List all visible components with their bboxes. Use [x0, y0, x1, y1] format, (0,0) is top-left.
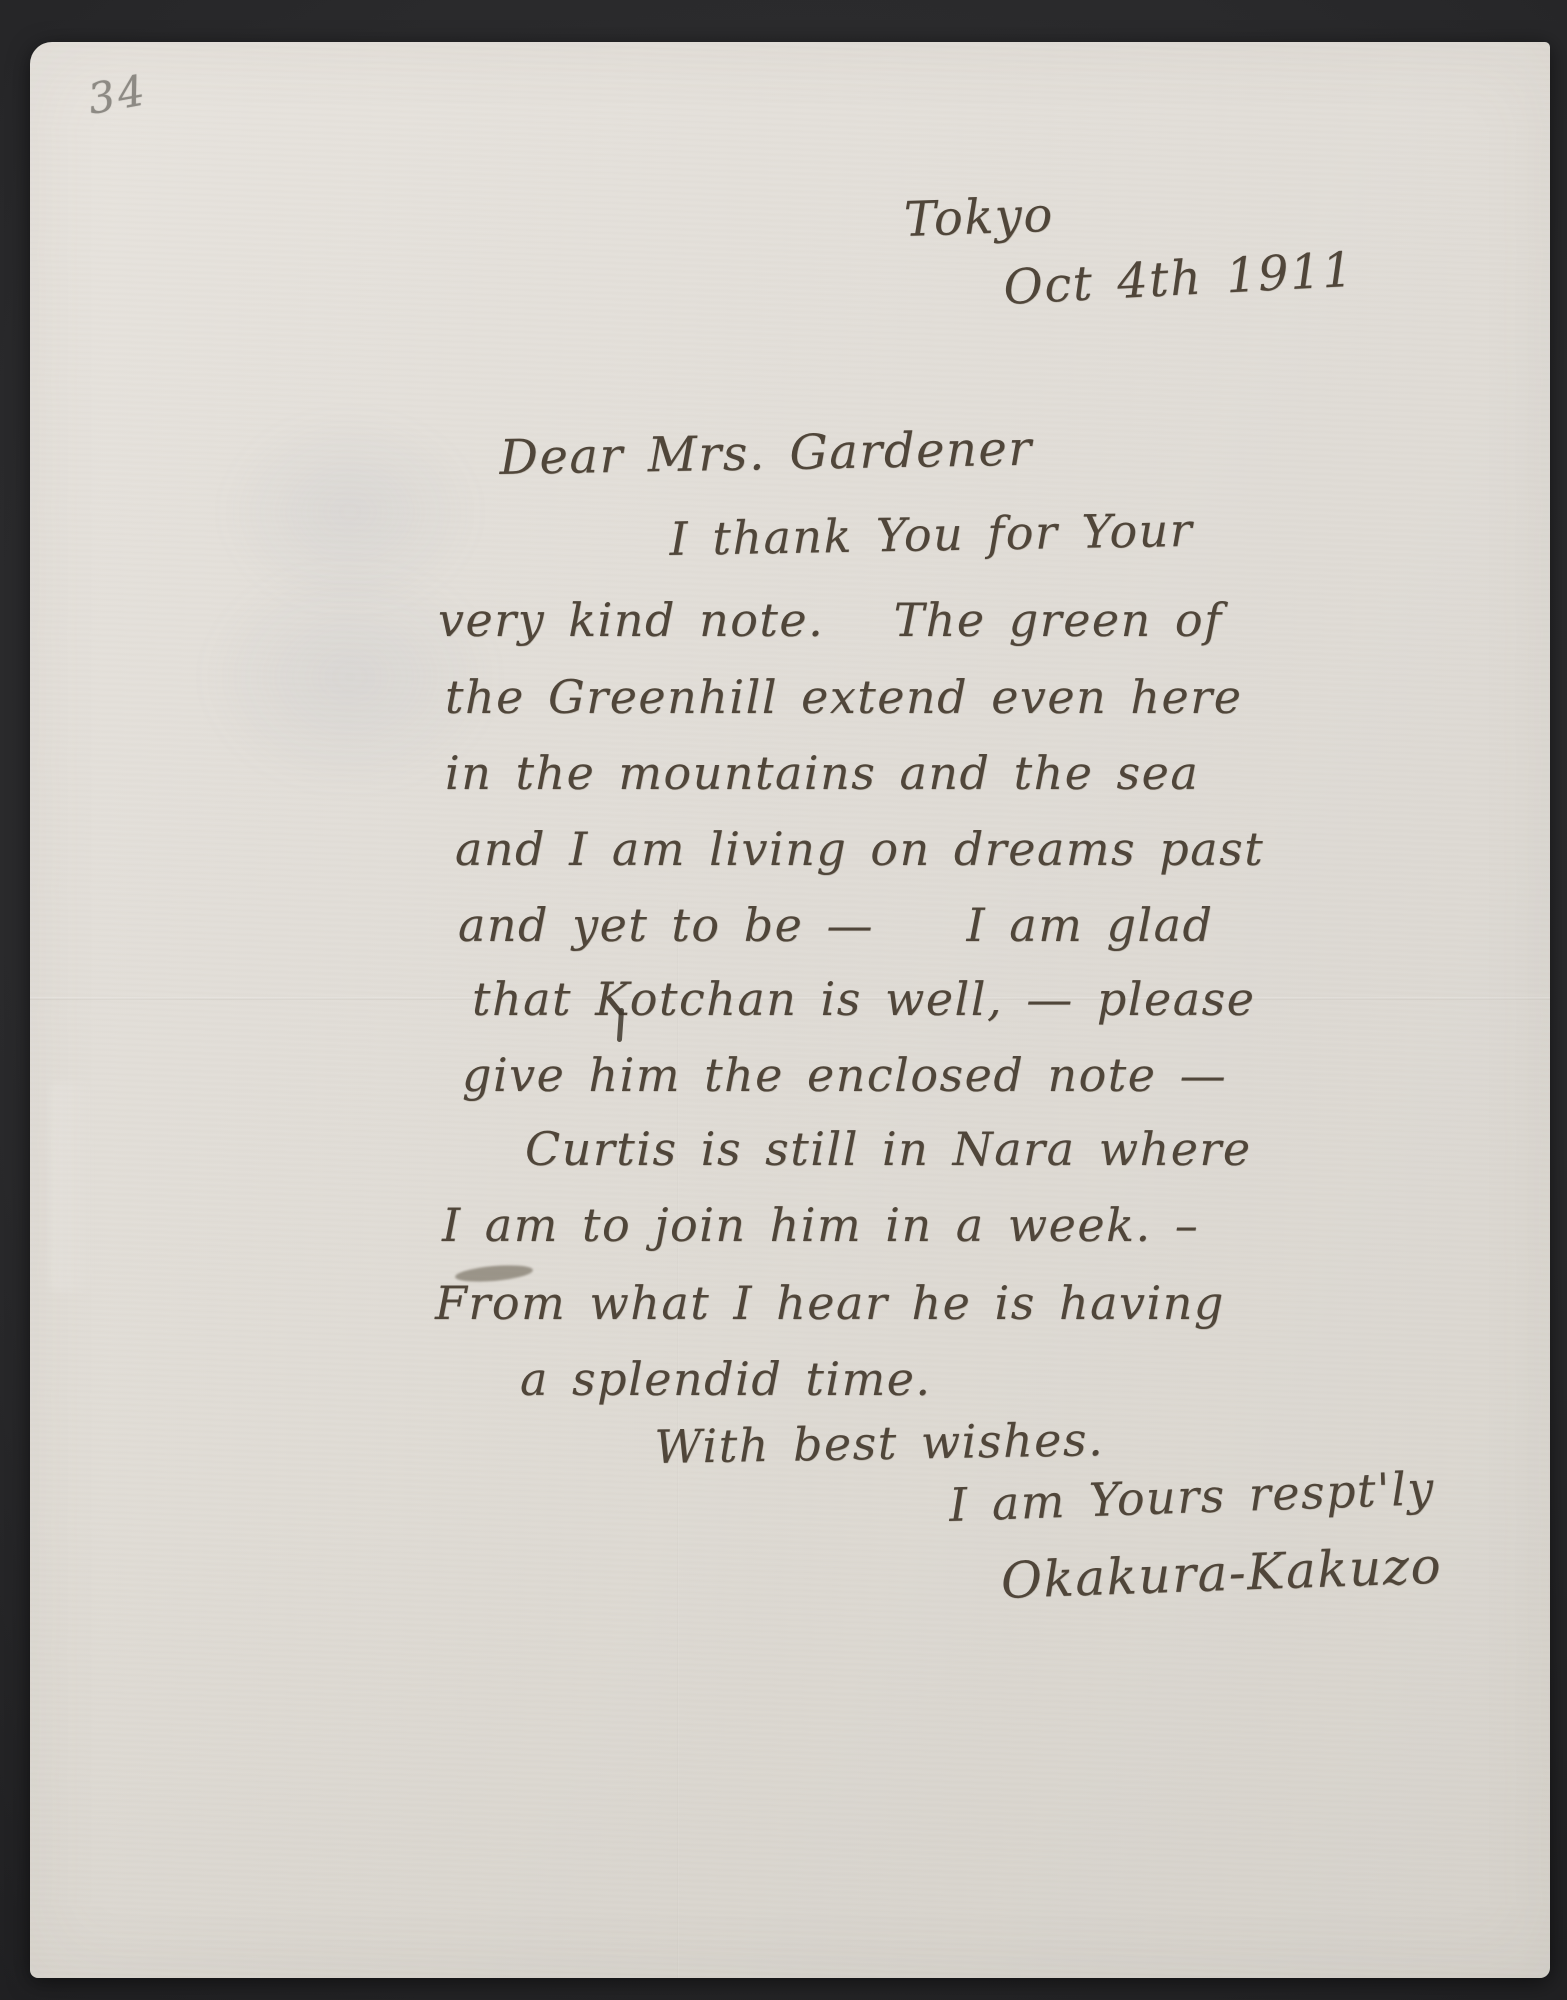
handwriting-line-place: Tokyo [903, 187, 1055, 248]
handwriting-line-body: that Kotchan is well, — please [472, 972, 1255, 1026]
handwriting-line-body: I am to join him in a week. – [442, 1198, 1199, 1252]
handwriting-line-body: in the mountains and the sea [445, 746, 1199, 800]
photo-background: 34 TokyoOct 4th 1911Dear Mrs. GardenerI … [0, 0, 1567, 2000]
handwriting-line-body: the Greenhill extend even here [445, 670, 1242, 724]
handwriting-line-body: a splendid time. [520, 1352, 932, 1406]
handwriting-line-signature: Okakura-Kakuzo [1000, 1537, 1443, 1610]
handwriting-line-salutation: Dear Mrs. Gardener [499, 421, 1033, 486]
handwriting-line-closing: I am Yours respt'ly [948, 1461, 1436, 1532]
handwriting-line-body: I thank You for Your [669, 503, 1194, 566]
handwriting-line-body: Curtis is still in Nara where [525, 1122, 1252, 1176]
handwriting-line-body: From what I hear he is having [435, 1276, 1225, 1330]
handwriting-line-body: and yet to be — I am glad [458, 898, 1214, 952]
letter-page: 34 TokyoOct 4th 1911Dear Mrs. GardenerI … [30, 42, 1550, 1978]
handwriting-line-body: give him the enclosed note — [462, 1048, 1227, 1102]
handwriting-line-body: very kind note. The green of [438, 593, 1223, 647]
paper-stain [50, 1082, 96, 1292]
handwriting-line-date: Oct 4th 1911 [1002, 242, 1355, 316]
handwriting-line-body: and I am living on dreams past [455, 822, 1264, 876]
page-number-pencil: 34 [84, 65, 151, 124]
handwriting-line-body: With best wishes. [654, 1412, 1104, 1474]
